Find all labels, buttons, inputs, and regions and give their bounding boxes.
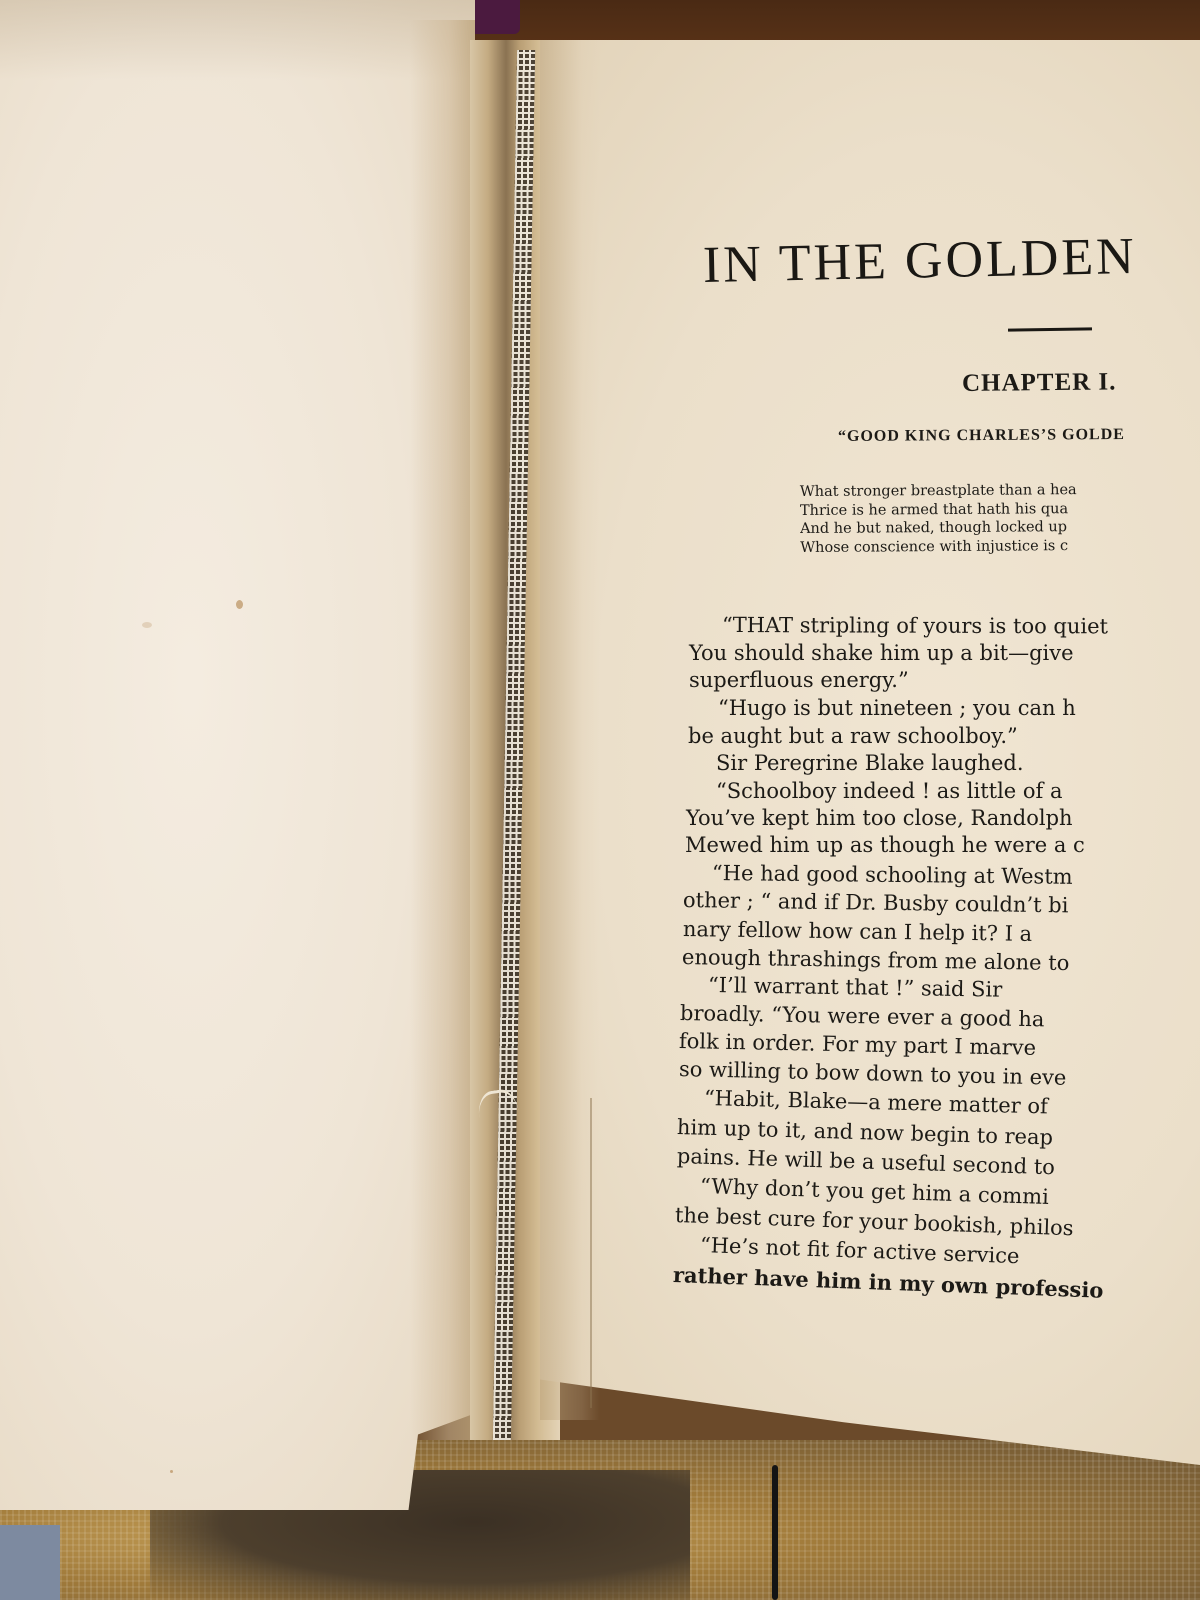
chapter-subtitle: “GOOD KING CHARLES’S GOLDE xyxy=(838,426,1125,446)
body-line: You should shake him up a bit—give xyxy=(689,641,1074,665)
body-line: folk in order. For my part I marve xyxy=(679,1029,1037,1060)
book-title: IN THE GOLDEN xyxy=(702,227,1137,295)
epigraph-line: What stronger breastplate than a hea xyxy=(800,481,1077,501)
body-line: “THAT stripling of yours is too quiet xyxy=(722,613,1108,638)
body-line: so willing to bow down to you in eve xyxy=(679,1057,1067,1090)
body-line: rather have him in my own professio xyxy=(673,1262,1104,1303)
body-line: “Why don’t you get him a commi xyxy=(700,1174,1050,1209)
body-line: “He had good schooling at Westm xyxy=(712,861,1073,889)
body-line: “Schoolboy indeed ! as little of a xyxy=(716,779,1063,803)
body-line: Mewed him up as though he were a c xyxy=(685,833,1085,857)
body-line: Sir Peregrine Blake laughed. xyxy=(716,751,1024,775)
epigraph-line: And he but naked, though locked up xyxy=(800,518,1077,538)
epigraph: What stronger breastplate than a hea Thr… xyxy=(800,481,1077,557)
body-line: him up to it, and now begin to reap xyxy=(677,1115,1054,1149)
body-line: superfluous energy.” xyxy=(689,668,909,692)
body-line: nary fellow how can I help it? I a xyxy=(683,917,1032,946)
body-line: “I’ll warrant that !” said Sir xyxy=(708,973,1003,1002)
body-line: You’ve kept him too close, Randolph xyxy=(686,806,1073,830)
right-page-text: IN THE GOLDEN CHAPTER I. “GOOD KING CHAR… xyxy=(0,0,1200,1600)
body-line: enough thrashings from me alone to xyxy=(682,945,1070,975)
body-line: “Habit, Blake—a mere matter of xyxy=(704,1086,1048,1118)
chapter-heading: CHAPTER I. xyxy=(962,368,1117,398)
title-rule xyxy=(1008,327,1092,331)
body-line: other ; “ and if Dr. Busby couldn’t bi xyxy=(683,888,1069,917)
epigraph-line: Whose conscience with injustice is c xyxy=(800,537,1077,557)
body-line: “He’s not fit for active service xyxy=(700,1233,1020,1268)
body-line: broadly. “You were ever a good ha xyxy=(680,1001,1045,1031)
body-line: “Hugo is but nineteen ; you can h xyxy=(718,696,1076,720)
body-line: be aught but a raw schoolboy.” xyxy=(688,724,1018,748)
epigraph-line: Thrice is he armed that hath his qua xyxy=(800,500,1077,520)
body-line: pains. He will be a useful second to xyxy=(677,1144,1056,1179)
